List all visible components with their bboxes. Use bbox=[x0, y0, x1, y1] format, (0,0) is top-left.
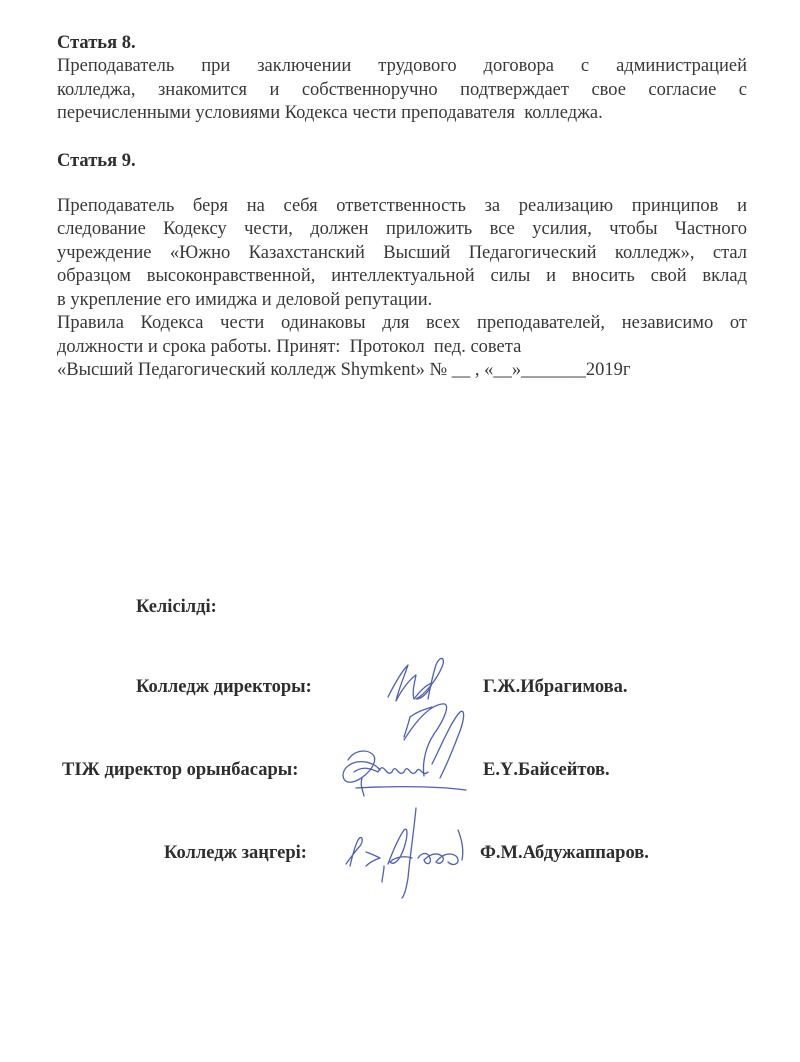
spacer bbox=[57, 126, 747, 150]
article-8-line: перечисленными условиями Кодекса чести п… bbox=[57, 102, 747, 126]
article-8-line: колледжа, знакомится и собственноручно п… bbox=[57, 79, 747, 103]
signature-deputy-icon bbox=[334, 700, 474, 810]
article-9-line: образцом высоконравственной, интеллектуа… bbox=[57, 265, 747, 289]
article-8-line: Преподаватель при заключении трудового д… bbox=[57, 55, 747, 79]
article-8-text: Преподаватель при заключении трудового д… bbox=[57, 55, 747, 126]
article-9-line: следование Кодексу чести, должен приложи… bbox=[57, 218, 747, 242]
article-8-heading: Статья 8. bbox=[57, 32, 747, 55]
signatory-role-deputy: ТІЖ директор орынбасары: bbox=[62, 760, 298, 781]
signatory-name-lawyer: Ф.М.Абдужаппаров. bbox=[480, 843, 649, 864]
rules-line: «Высший Педагогический колледж Shymkent»… bbox=[57, 359, 747, 383]
signature-director-icon bbox=[380, 645, 470, 745]
document-page: Статья 8. Преподаватель при заключении т… bbox=[57, 32, 747, 383]
article-9-line: Преподаватель беря на себя ответственнос… bbox=[57, 195, 747, 219]
article-9-heading: Статья 9. bbox=[57, 150, 747, 173]
article-9-line: учреждение «Южно Казахстанский Высший Пе… bbox=[57, 242, 747, 266]
signatory-role-director: Колледж директоры: bbox=[136, 677, 312, 698]
rules-text: Правила Кодекса чести одинаковы для всех… bbox=[57, 312, 747, 383]
spacer bbox=[57, 173, 747, 195]
approval-title: Келісілді: bbox=[136, 597, 217, 618]
article-9-text: Преподаватель беря на себя ответственнос… bbox=[57, 195, 747, 313]
article-9-line: в укрепление его имиджа и деловой репута… bbox=[57, 289, 747, 313]
signatory-name-director: Г.Ж.Ибрагимова. bbox=[483, 677, 627, 698]
signatory-name-deputy: Е.Ү.Байсейтов. bbox=[483, 760, 610, 781]
rules-line: должности и срока работы. Принят: Проток… bbox=[57, 336, 747, 360]
signature-lawyer-icon bbox=[338, 800, 478, 900]
rules-line: Правила Кодекса чести одинаковы для всех… bbox=[57, 312, 747, 336]
signatory-role-lawyer: Колледж заңгері: bbox=[164, 843, 307, 864]
